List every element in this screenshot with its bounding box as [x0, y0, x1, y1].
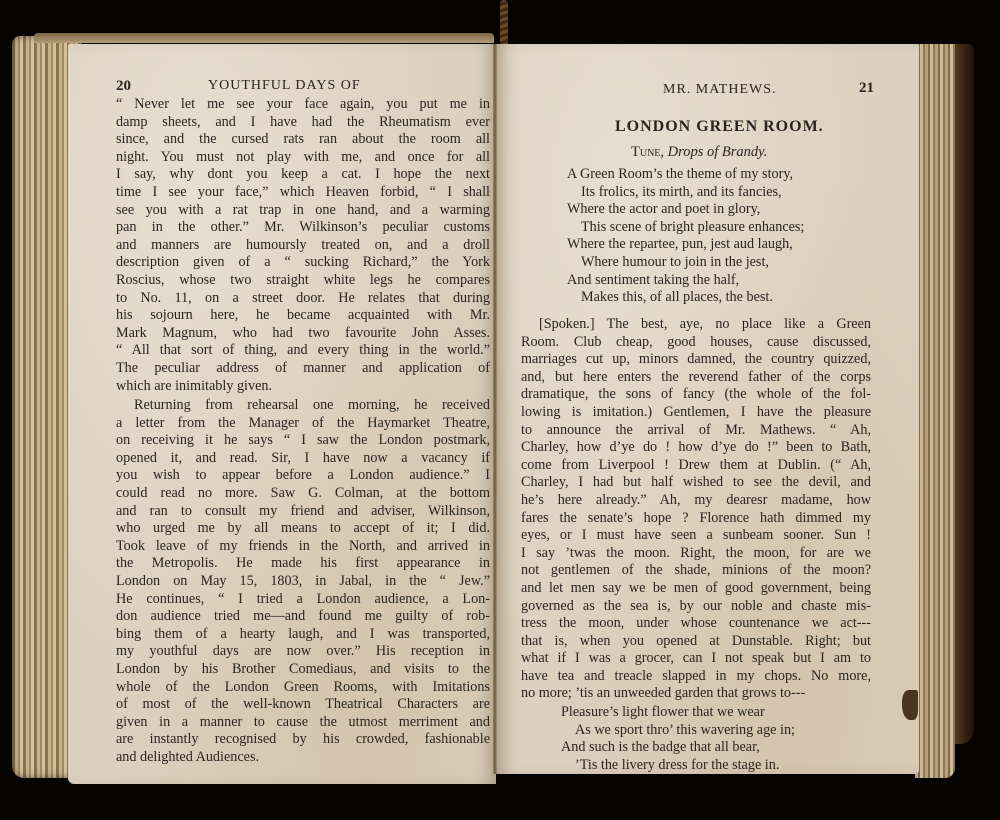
text-line: damp sheets, and I have had the Rheumati…	[116, 114, 490, 132]
left-page: 20 YOUTHFUL DAYS OF “ Never let me see y…	[68, 44, 496, 784]
text-line: not gentlemen of the shade, minions of t…	[521, 562, 871, 580]
text-line: you wish to appear before a London audie…	[116, 467, 490, 485]
bookmark-ribbon	[500, 0, 508, 46]
text-line: have tea and treacle slapped in my chops…	[521, 668, 871, 686]
text-line: Returning from rehearsal one morning, he…	[116, 397, 490, 415]
page-number-right: 21	[859, 80, 874, 97]
text-line: come from Liverpool ! Drew them at Dubli…	[521, 457, 871, 475]
text-line: London by his Brother Comediaus, and vis…	[116, 661, 490, 679]
text-line: Mark Magnum, who had two favourite John …	[116, 325, 490, 343]
tune-line: Tune, Drops of Brandy.	[631, 144, 767, 161]
text-line: Charley, I had but half wished to see th…	[521, 474, 871, 492]
verse-line: ’Tis the livery dress for the stage in.	[561, 757, 861, 775]
text-line: of most of the well-known Theatrical Cha…	[116, 696, 490, 714]
text-line: what if I was a grocer, can I not speak …	[521, 650, 871, 668]
text-line: on receiving it he says “ I saw the Lond…	[116, 432, 490, 450]
text-line: a letter from the Manager of the Haymark…	[116, 415, 490, 433]
text-line: are instantly recognised by his crowded,…	[116, 731, 490, 749]
text-line: could read no more. Saw G. Colman, at th…	[116, 485, 490, 503]
page-number-left: 20	[116, 78, 131, 95]
text-line: I say, why dont you keep a cat. I hope t…	[116, 166, 490, 184]
text-line: The peculiar address of manner and appli…	[116, 360, 490, 378]
left-body-text: “ Never let me see your face again, you …	[116, 96, 490, 767]
text-line: and, but here enters the reverend father…	[521, 369, 871, 387]
text-line: lowing is imitation.) Gentlemen, I have …	[521, 404, 871, 422]
text-line: Charley, how d’ye do ! how d’ye do !” be…	[521, 439, 871, 457]
text-line: opened it, and read. Sir, I have now a v…	[116, 450, 490, 468]
tune-name: Drops of Brandy.	[668, 144, 768, 160]
verse-line: And such is the badge that all bear,	[561, 739, 861, 757]
text-line: and ran to consult my friend and adviser…	[116, 503, 490, 521]
text-line: my youthful days are now over.” His rece…	[116, 643, 490, 661]
text-line: Took leave of my friends in the North, a…	[116, 538, 490, 556]
verse-1: A Green Room’s the theme of my story,Its…	[567, 166, 867, 307]
open-book: 20 YOUTHFUL DAYS OF “ Never let me see y…	[0, 0, 1000, 820]
verse-2: Pleasure’s light flower that we wearAs w…	[561, 704, 861, 774]
text-line: time I see your face,” which Heaven forb…	[116, 184, 490, 202]
text-line: and delighted Audiences.	[116, 749, 490, 767]
text-line: He continues, “ I tried a London audienc…	[116, 591, 490, 609]
text-line: “ All that sort of thing, and every thin…	[116, 342, 490, 360]
verse-line: Its frolics, its mirth, and its fancies,	[567, 184, 867, 202]
text-line: London on May 15, 1803, in Jabal, in the…	[116, 573, 490, 591]
text-line: bing them of a hearty laugh, and I was t…	[116, 626, 490, 644]
text-line: the Metropolis. He made his first appear…	[116, 555, 490, 573]
page-stain	[902, 690, 918, 720]
right-page-edges	[915, 44, 955, 778]
text-line: fares the senate’s hope ? Florence hath …	[521, 510, 871, 528]
tune-label: Tune,	[631, 144, 664, 160]
text-line: Room. Club cheap, good houses, cause dis…	[521, 334, 871, 352]
text-line: Roscius, whose two straight white legs h…	[116, 272, 490, 290]
spoken-passage: [Spoken.] The best, aye, no place like a…	[521, 316, 871, 703]
verse-line: Where the repartee, pun, jest aud laugh,	[567, 236, 867, 254]
verse-line: Where the actor and poet in glory,	[567, 201, 867, 219]
text-line: to announce the arrival of Mr. Mathews. …	[521, 422, 871, 440]
right-page: MR. MATHEWS. 21 LONDON GREEN ROOM. Tune,…	[497, 44, 919, 774]
text-line: governed as the sea is, by our noble and…	[521, 598, 871, 616]
paragraph-1: “ Never let me see your face again, you …	[116, 96, 490, 395]
text-line: whole of the London Green Rooms, with Im…	[116, 679, 490, 697]
text-line: marriages cut up, minors damned, the cou…	[521, 351, 871, 369]
text-line: since, and the cursed rats ran about the…	[116, 131, 490, 149]
verse-line: Pleasure’s light flower that we wear	[561, 704, 861, 722]
verse-line: Where humour to join in the jest,	[567, 254, 867, 272]
paragraph-2: Returning from rehearsal one morning, he…	[116, 397, 490, 766]
text-line: pan in the other.” Mr. Wilkinson’s pecul…	[116, 219, 490, 237]
text-line: no more; ’tis an unweeded garden that gr…	[521, 685, 871, 703]
song-title: LONDON GREEN ROOM.	[615, 118, 824, 136]
text-line: to No. 11, on a street door. He relates …	[116, 290, 490, 308]
verse-line: A Green Room’s the theme of my story,	[567, 166, 867, 184]
text-line: given in a manner to cause the utmost me…	[116, 714, 490, 732]
text-line: eyes, or I must have seen a sunbeam soon…	[521, 527, 871, 545]
text-line: [Spoken.] The best, aye, no place like a…	[521, 316, 871, 334]
running-header-left: YOUTHFUL DAYS OF	[208, 78, 361, 94]
running-header-right: MR. MATHEWS.	[663, 82, 777, 98]
left-cover-edge	[34, 33, 494, 43]
text-line: I say ’twas the moon. Right, the moon, f…	[521, 545, 871, 563]
verse-line: This scene of bright pleasure enhances;	[567, 219, 867, 237]
text-line: he’s here already.” Ah, my dearesr madam…	[521, 492, 871, 510]
text-line: description given of a “ sucking Richard…	[116, 254, 490, 272]
text-line: and let men say we be men of good govern…	[521, 580, 871, 598]
verse-line: As we sport thro’ this wavering age in;	[561, 722, 861, 740]
verse-line: And sentiment taking the half,	[567, 272, 867, 290]
text-line: his sojourn here, he became acquainted w…	[116, 307, 490, 325]
verse-line: Makes this, of all places, the best.	[567, 289, 867, 307]
text-line: see you with a rat trap in one hand, and…	[116, 202, 490, 220]
text-line: don audience tried me—and found me guilt…	[116, 608, 490, 626]
text-line: night. You must not play with me, and on…	[116, 149, 490, 167]
text-line: “ Never let me see your face again, you …	[116, 96, 490, 114]
text-line: who urged me by all means to accept of i…	[116, 520, 490, 538]
text-line: which are inimitably given.	[116, 378, 490, 396]
text-line: that is, when you opened at Dunstable. R…	[521, 633, 871, 651]
text-line: tress the moon, under whose countenance …	[521, 615, 871, 633]
text-line: dramatique, the sons of fancy (the whole…	[521, 386, 871, 404]
text-line: and manners are humoursly treated on, an…	[116, 237, 490, 255]
